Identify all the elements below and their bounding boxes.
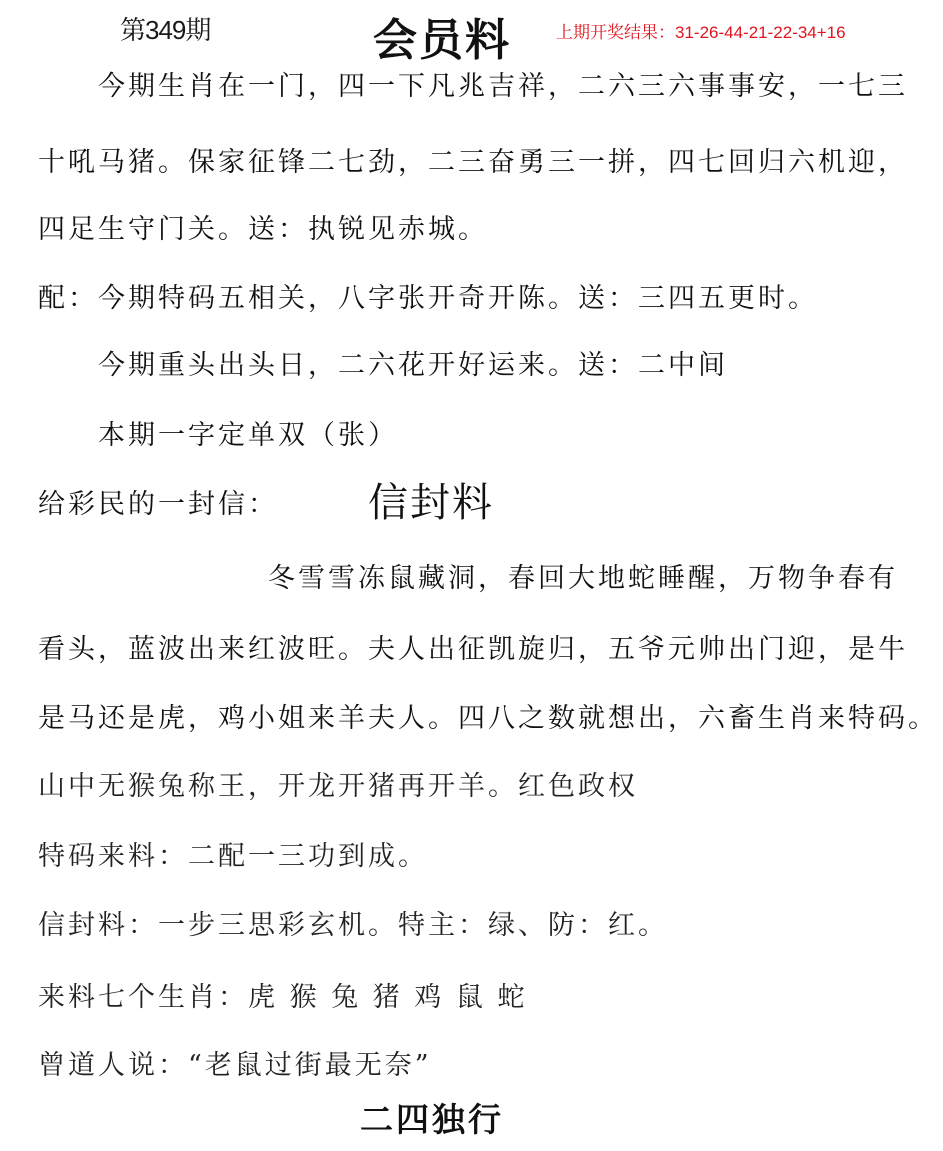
issue-number: 第349期: [120, 10, 210, 47]
member-line-1: 今期生肖在一门，四一下凡兆吉祥，二六三六事事安，一七三: [98, 64, 908, 103]
last-result: 上期开奖结果：31-26-44-21-22-34+16: [556, 18, 846, 43]
member-line-6: 本期一字定单双（张）: [98, 413, 398, 452]
member-line-4: 配：今期特码五相关，八字张开奇开陈。送：三四五更时。: [38, 276, 818, 315]
footer-title: 二四独行: [360, 1094, 504, 1141]
letter-line-5: 特码来料：二配一三功到成。: [38, 834, 428, 873]
last-result-numbers: 31-26-44-21-22-34+16: [675, 23, 846, 42]
last-result-label: 上期开奖结果：: [556, 23, 675, 42]
member-line-2: 十吼马猪。保家征锋二七劲，二三奋勇三一拼，四七回归六机迎，: [38, 140, 908, 179]
letter-line-6: 信封料：一步三思彩玄机。特主：绿、防：红。: [38, 903, 668, 942]
letter-line-8: 曾道人说：“老鼠过街最无奈”: [38, 1043, 432, 1082]
letter-line-7: 来料七个生肖：虎 猴 兔 猪 鸡 鼠 蛇: [38, 975, 528, 1014]
envelope-title: 信封料: [368, 471, 494, 528]
letter-line-3: 是马还是虎，鸡小姐来羊夫人。四八之数就想出，六畜生肖来特码。: [38, 696, 938, 735]
letter-line-1: 冬雪雪冻鼠藏洞，春回大地蛇睡醒，万物争春有: [268, 556, 898, 595]
page-title: 会员料: [373, 4, 511, 68]
member-line-5: 今期重头出头日，二六花开好运来。送：二中间: [98, 343, 728, 382]
member-line-3: 四足生守门关。送：执锐见赤城。: [38, 207, 488, 246]
letter-line-4: 山中无猴兔称王，开龙开猪再开羊。红色政权: [38, 764, 638, 803]
letter-line-2: 看头，蓝波出来红波旺。夫人出征凯旋归，五爷元帅出门迎，是牛: [38, 627, 908, 666]
letter-label: 给彩民的一封信：: [38, 482, 278, 521]
